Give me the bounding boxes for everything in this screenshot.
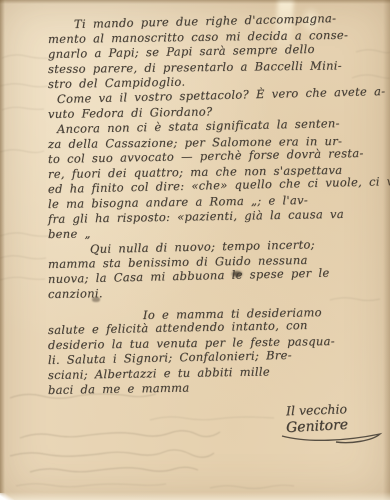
letter-lines: Ti mando pure due righe d'accompagna-men… xyxy=(48,17,364,398)
letter-line: canzioni. xyxy=(48,283,364,302)
letter-photo: Ti mando pure due righe d'accompagna-men… xyxy=(0,0,390,500)
letter-body: Ti mando pure due righe d'accompagna-men… xyxy=(0,0,390,445)
signature-block: Il vecchio Genitore xyxy=(48,402,364,445)
